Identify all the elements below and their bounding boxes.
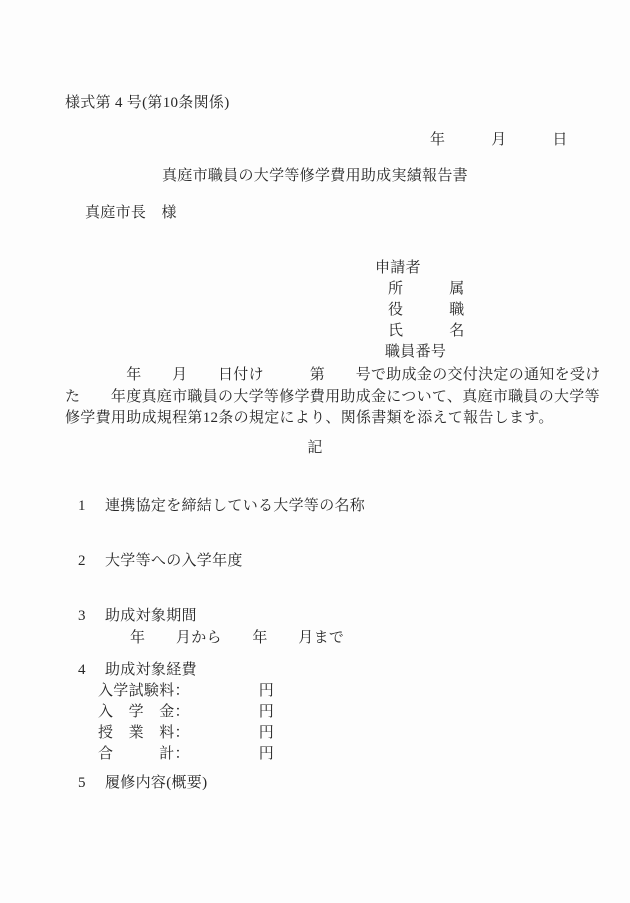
list-item-5: 5履修内容(概要)	[78, 773, 207, 794]
expense-total: 合 計： 円	[98, 744, 274, 765]
item-1-number: 1	[78, 496, 105, 517]
list-item-2: 2大学等への入学年度	[78, 551, 243, 572]
item-5-label: 履修内容(概要)	[105, 775, 207, 791]
expense-tuition-fee: 授 業 料： 円	[98, 723, 274, 744]
list-item-4: 4助成対象経費	[78, 660, 197, 681]
applicant-label: 申請者	[375, 258, 421, 279]
list-item-3: 3助成対象期間	[78, 606, 197, 627]
document-page: 様式第 4 号(第10条関係) 年 月 日 真庭市職員の大学等修学費用助成実績報…	[0, 0, 630, 903]
item-3-label: 助成対象期間	[105, 608, 197, 624]
addressee-line: 真庭市長 様	[85, 203, 177, 224]
body-paragraph-line-2: た 年度真庭市職員の大学等修学費用助成金について、真庭市職員の大学等	[65, 387, 600, 408]
applicant-field-employee-number: 職員番号	[385, 342, 446, 363]
item-4-label: 助成対象経費	[105, 662, 197, 678]
body-paragraph-line-1: 年 月 日付け 第 号で助成金の交付決定の通知を受け	[65, 365, 601, 386]
item-3-period-line: 年 月から 年 月まで	[130, 628, 344, 649]
body-paragraph-line-3: 修学費用助成規程第12条の規定により、関係書類を添えて報告します。	[65, 408, 554, 429]
item-4-number: 4	[78, 660, 105, 681]
item-2-label: 大学等への入学年度	[105, 553, 243, 569]
applicant-field-affiliation: 所 属	[388, 279, 465, 300]
applicant-field-name: 氏 名	[388, 321, 465, 342]
record-heading: 記	[0, 438, 630, 459]
form-number: 様式第 4 号(第10条関係)	[65, 93, 230, 114]
expense-admission-fee: 入 学 金： 円	[98, 702, 274, 723]
expense-entrance-exam-fee: 入学試験料： 円	[98, 681, 274, 702]
item-1-label: 連携協定を締結している大学等の名称	[105, 498, 365, 514]
applicant-field-position: 役 職	[388, 300, 465, 321]
document-title: 真庭市職員の大学等修学費用助成実績報告書	[0, 166, 630, 187]
list-item-1: 1連携協定を締結している大学等の名称	[78, 496, 365, 517]
item-3-number: 3	[78, 606, 105, 627]
item-2-number: 2	[78, 551, 105, 572]
item-5-number: 5	[78, 773, 105, 794]
date-line: 年 月 日	[430, 130, 568, 151]
